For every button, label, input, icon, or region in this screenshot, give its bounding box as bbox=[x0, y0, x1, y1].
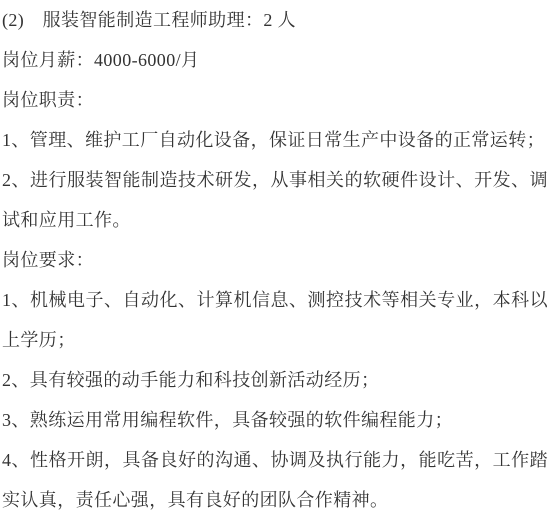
responsibilities-heading: 岗位职责： bbox=[2, 80, 548, 120]
salary-line: 岗位月薪：4000-6000/月 bbox=[2, 40, 548, 80]
requirement-item: 1、机械电子、自动化、计算机信息、测控技术等相关专业，本科以上学历； bbox=[2, 280, 548, 360]
requirement-item: 2、具有较强的动手能力和科技创新活动经历； bbox=[2, 360, 548, 400]
requirement-item: 4、性格开朗，具备良好的沟通、协调及执行能力，能吃苦，工作踏实认真，责任心强，具… bbox=[2, 440, 548, 519]
document-page: (2) 服装智能制造工程师助理：2 人 岗位月薪：4000-6000/月 岗位职… bbox=[0, 0, 549, 519]
job-title-line: (2) 服装智能制造工程师助理：2 人 bbox=[2, 0, 548, 40]
responsibility-item: 1、管理、维护工厂自动化设备，保证日常生产中设备的正常运转； bbox=[2, 120, 548, 160]
requirement-item: 3、熟练运用常用编程软件，具备较强的软件编程能力； bbox=[2, 400, 548, 440]
requirements-heading: 岗位要求： bbox=[2, 240, 548, 280]
responsibility-item: 2、进行服装智能制造技术研发，从事相关的软硬件设计、开发、调试和应用工作。 bbox=[2, 160, 548, 240]
